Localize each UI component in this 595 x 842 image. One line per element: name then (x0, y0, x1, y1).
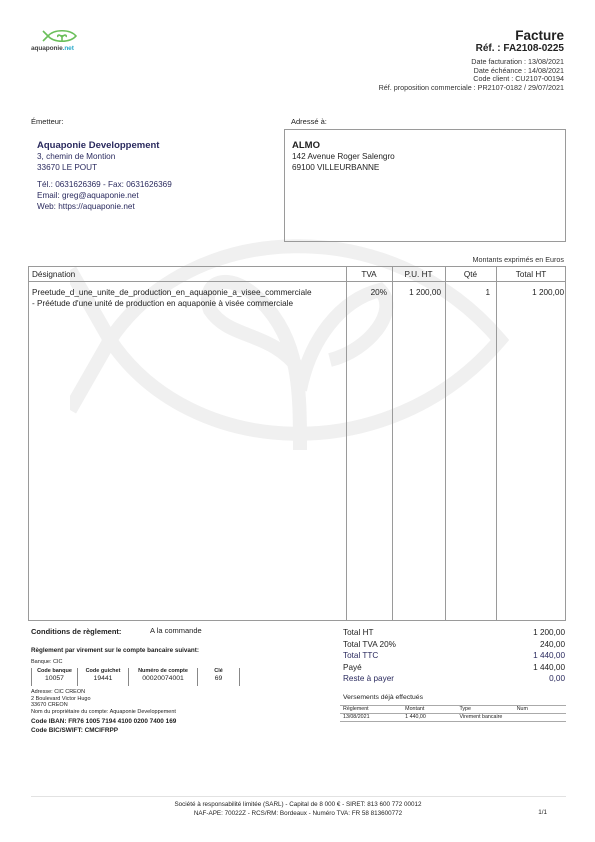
issuer-email: Email: greg@aquaponie.net (37, 190, 172, 201)
document-title: Facture (515, 28, 564, 43)
recipient-name: ALMO (292, 140, 395, 151)
issuer-phone: Tél.: 0631626369 - Fax: 0631626369 (37, 179, 172, 190)
payments-made-table: Règlement Montant Type Num 13/08/2021 1 … (340, 705, 566, 722)
company-logo: aquaponie.net (28, 27, 98, 57)
bic-swift: Code BIC/SWIFT: CMCIFRPP (31, 727, 176, 736)
bank-code: Code banque10057 (31, 668, 77, 686)
issuer-address-line: 33670 LE POUT (37, 162, 172, 173)
page-number: 1/1 (538, 809, 547, 816)
line-items-table: Désignation TVA P.U. HT Qté Total HT Pre… (28, 266, 566, 621)
bank-transfer-title: Règlement par virement sur le compte ban… (31, 647, 199, 654)
issuer-address-line: 3, chemin de Montion (37, 151, 172, 162)
bank-address: Adresse: CIC CREON 2 Boulevard Victor Hu… (31, 689, 176, 715)
issuer-label: Émetteur: (31, 117, 64, 126)
recipient-block: ALMO 142 Avenue Roger Salengro 69100 VIL… (292, 140, 395, 173)
column-divider (445, 267, 446, 620)
fish-sprout-icon (40, 27, 80, 45)
logo-wordmark: aquaponie.net (31, 45, 74, 52)
footer-divider (31, 796, 566, 797)
column-header-total-ht: Total HT (496, 270, 566, 279)
account-number: Numéro de compte00020074001 (128, 668, 197, 686)
total-ht-row: Total HT1 200,00 (343, 627, 565, 639)
payments-made-title: Versements déjà effectués (343, 694, 423, 701)
item-tva: 20% (346, 287, 387, 298)
column-header-tva: TVA (346, 270, 392, 279)
paid-row: Payé1 440,00 (343, 662, 565, 674)
bank-name: Banque: CIC (31, 659, 63, 665)
legal-footer: Société à responsabilité limitée (SARL) … (100, 800, 496, 818)
payments-header-row: Règlement Montant Type Num (340, 705, 566, 714)
remaining-row: Reste à payer0,00 (343, 673, 565, 685)
invoice-meta: Date facturation : 13/08/2021 Date échéa… (379, 58, 564, 93)
payment-conditions-value: A la commande (150, 626, 202, 635)
table-header-divider (29, 281, 565, 282)
recipient-address-line: 142 Avenue Roger Salengro (292, 151, 395, 162)
item-quantity: 1 (445, 287, 490, 298)
branch-code: Code guichet19441 (77, 668, 128, 686)
invoice-reference: Réf. : FA2108-0225 (476, 43, 564, 54)
item-unit-price: 1 200,00 (392, 287, 441, 298)
issuer-name: Aquaponie Developpement (37, 140, 172, 151)
column-header-unit-price: P.U. HT (392, 270, 445, 279)
column-divider (346, 267, 347, 620)
bank-codes: Code IBAN: FR76 1005 7194 4100 0200 7400… (31, 718, 176, 735)
column-divider (496, 267, 497, 620)
recipient-label: Adressé à: (291, 117, 327, 126)
total-ttc-row: Total TTC1 440,00 (343, 650, 565, 662)
item-total-ht: 1 200,00 (496, 287, 564, 298)
issuer-website: Web: https://aquaponie.net (37, 201, 172, 212)
issuer-block: Aquaponie Developpement 3, chemin de Mon… (37, 140, 172, 212)
payment-conditions-label: Conditions de règlement: (31, 627, 121, 636)
table-row: Preetude_d_une_unite_de_production_en_aq… (32, 287, 344, 309)
recipient-address-line: 69100 VILLEURBANNE (292, 162, 395, 173)
iban: Code IBAN: FR76 1005 7194 4100 0200 7400… (31, 718, 176, 727)
totals-block: Total HT1 200,00 Total TVA 20%240,00 Tot… (343, 627, 565, 685)
column-divider (392, 267, 393, 620)
column-header-quantity: Qté (445, 270, 496, 279)
total-tva-row: Total TVA 20%240,00 (343, 639, 565, 651)
bank-details-table: Code banque10057 Code guichet19441 Numér… (31, 668, 240, 686)
proposal-reference: Réf. proposition commerciale : PR2107-01… (379, 84, 564, 93)
item-description: - Préétude d'une unité de production en … (32, 298, 344, 309)
currency-note: Montants exprimés en Euros (473, 255, 564, 264)
column-header-designation: Désignation (32, 270, 75, 279)
table-row: 13/08/2021 1 440,00 Virement bancaire (340, 714, 566, 722)
item-designation: Preetude_d_une_unite_de_production_en_aq… (32, 287, 344, 298)
account-key: Clé69 (197, 668, 240, 686)
